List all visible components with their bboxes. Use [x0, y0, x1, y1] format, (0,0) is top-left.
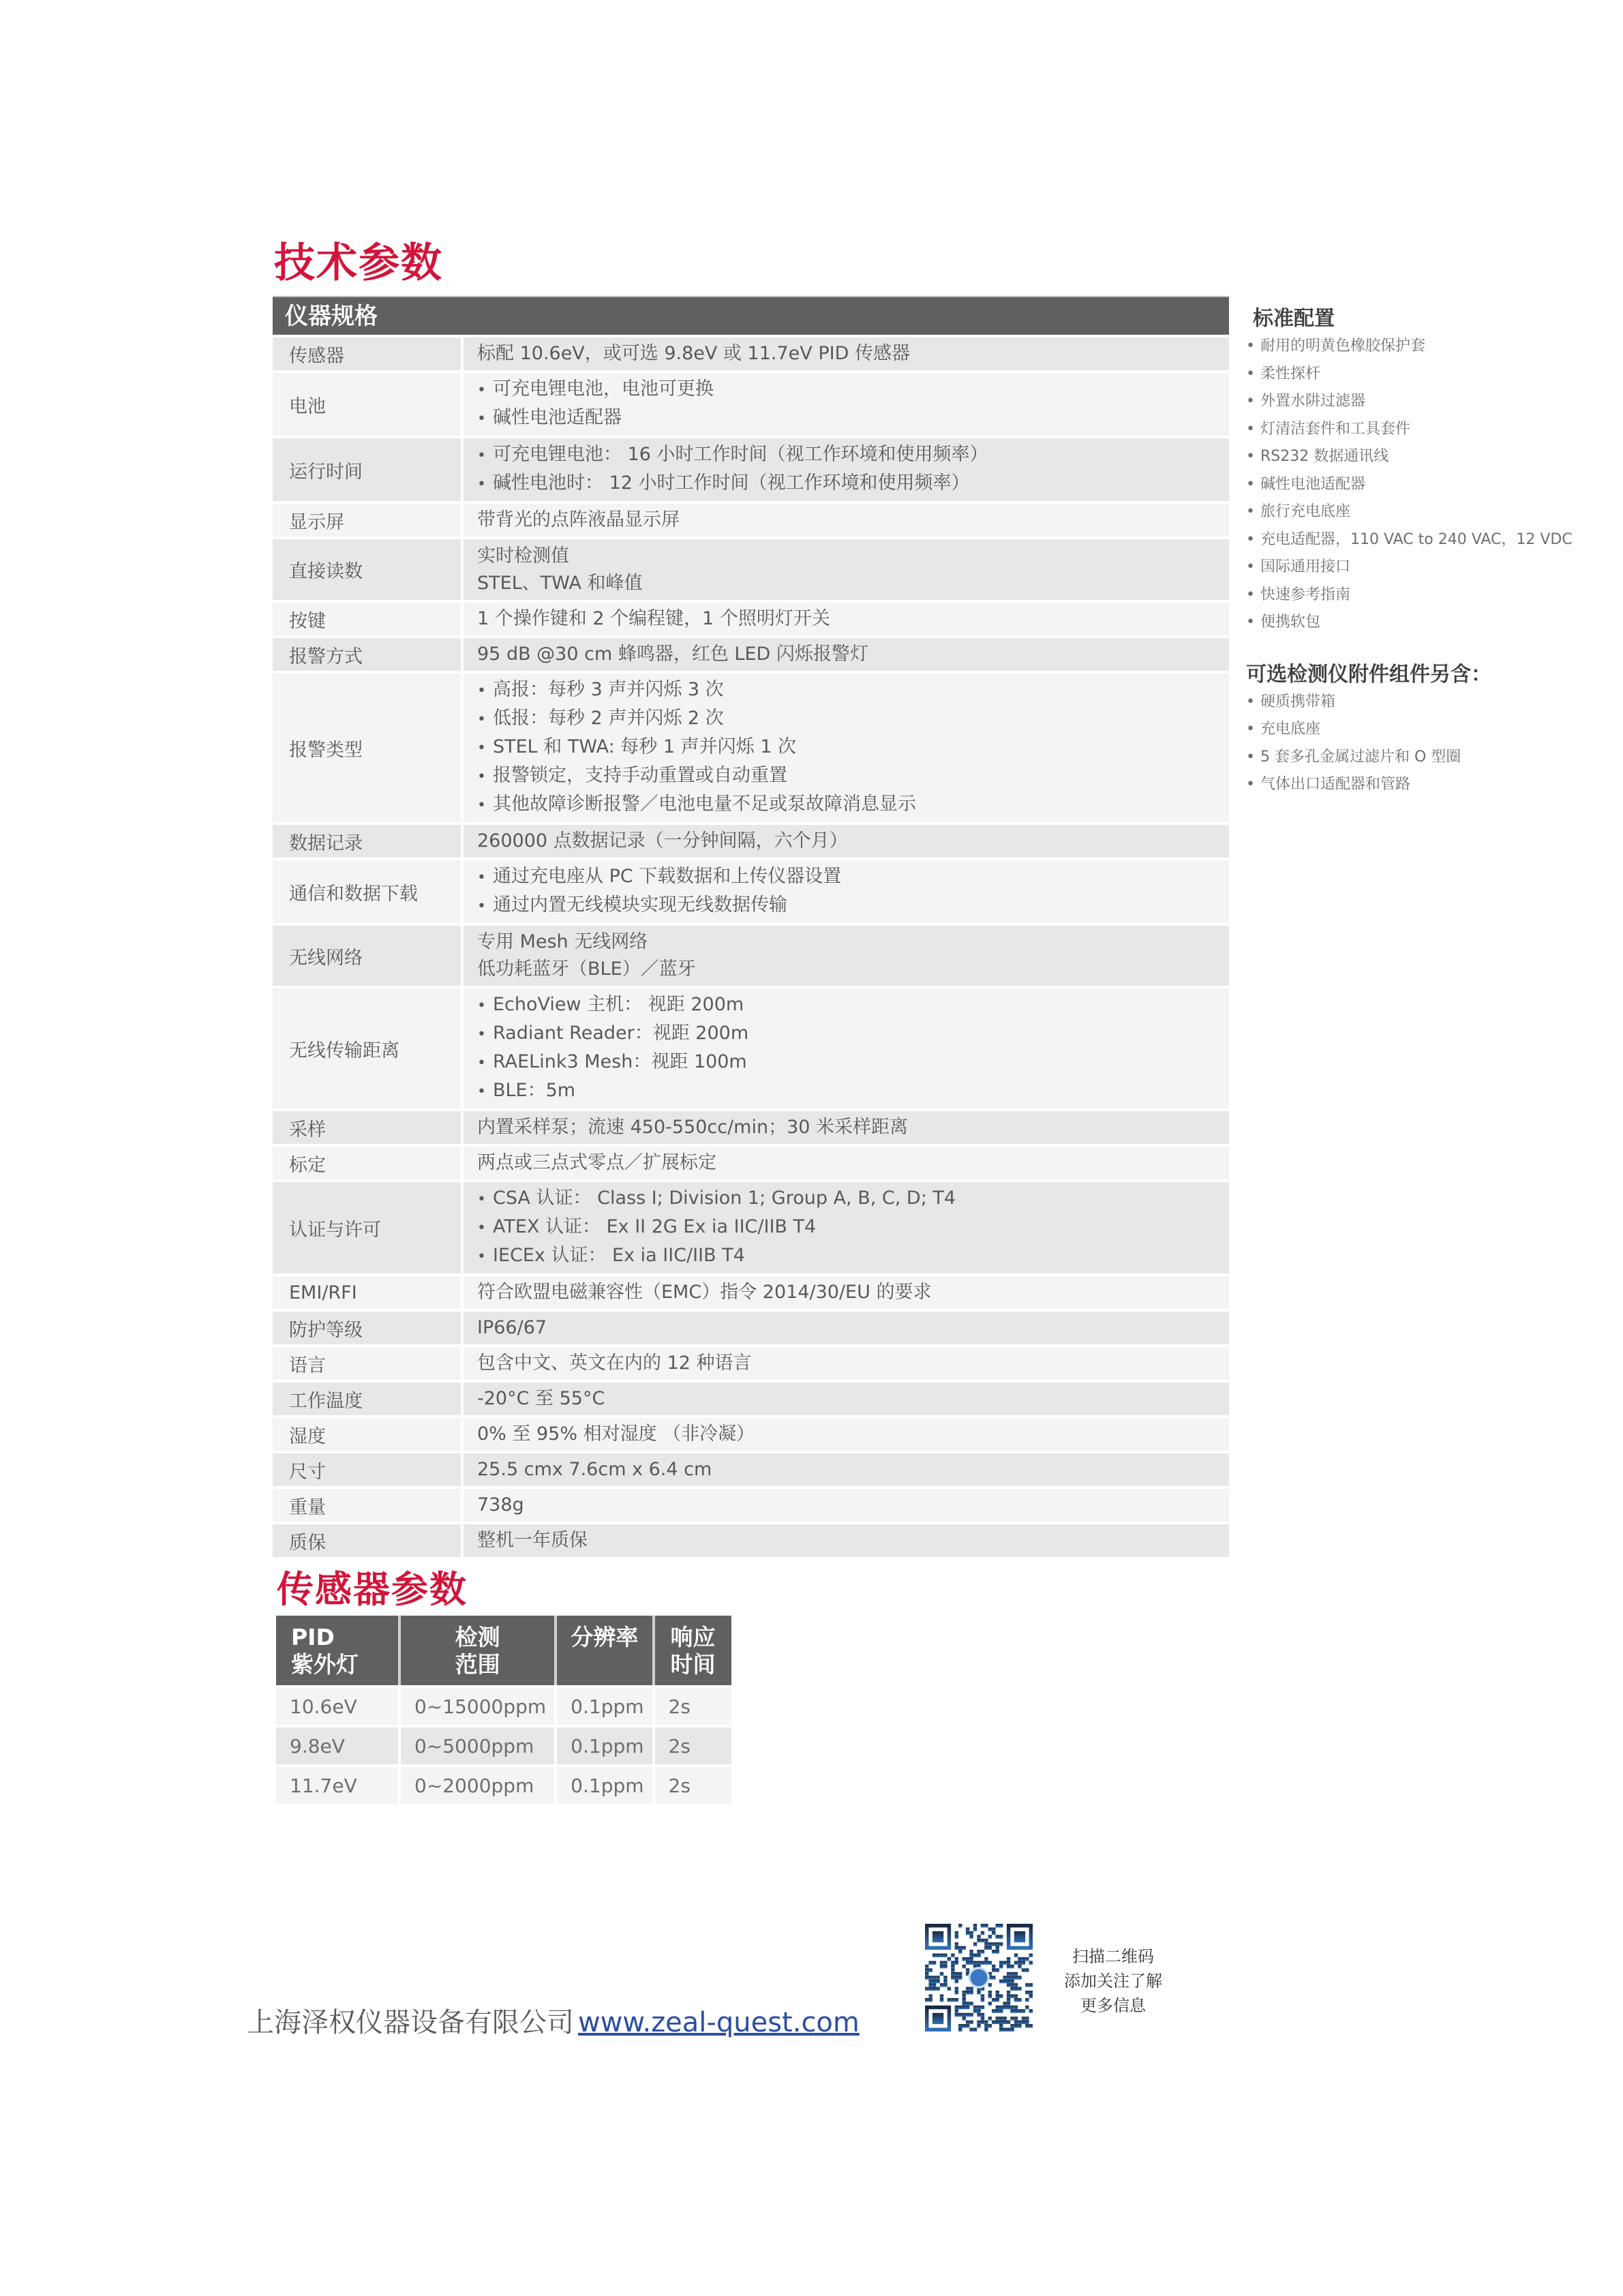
spec-key: 传感器	[273, 337, 461, 370]
spec-bullet-item: 低报：每秒 2 声并闪烁 2 次	[477, 705, 1229, 734]
spec-bullet-item: EchoView 主机： 视距 200m	[477, 991, 1229, 1020]
list-item: 外置水阱过滤器	[1246, 388, 1614, 416]
spec-value: 可充电锂电池： 16 小时工作时间（视工作环境和使用频率）碱性电池时： 12 小…	[464, 438, 1229, 501]
sensor-cell: 0.1ppm	[557, 1764, 654, 1804]
spec-value: 专用 Mesh 无线网络低功耗蓝牙（BLE）／蓝牙	[464, 926, 1229, 986]
spec-key: 防护等级	[273, 1312, 461, 1344]
sensor-cell: 9.8eV	[276, 1725, 401, 1764]
list-item: 旅行充电底座	[1246, 498, 1614, 526]
list-item: 充电底座	[1246, 716, 1614, 744]
spec-bullet-item: RAELink3 Mesh：视距 100m	[477, 1048, 1229, 1077]
list-item: 柔性探杆	[1246, 361, 1614, 389]
sensor-table-header-row: PID紫外灯检测范围分辨率响应时间	[276, 1616, 731, 1685]
spec-value: 260000 点数据记录（一分钟间隔，六个月）	[464, 825, 1229, 858]
side-panel: 标准配置 耐用的明黄色橡胶保护套柔性探杆外置水阱过滤器灯清洁套件和工具套件RS2…	[1246, 305, 1614, 824]
spec-value-line: 低功耗蓝牙（BLE）／蓝牙	[477, 956, 1229, 983]
spec-value: CSA 认证： Class I; Division 1; Group A, B,…	[464, 1182, 1229, 1273]
header-line: PID	[291, 1624, 391, 1651]
spec-value-line: STEL、TWA 和峰值	[477, 570, 1229, 597]
spec-key: 尺寸	[273, 1453, 461, 1486]
spec-bullet-item: Radiant Reader：视距 200m	[477, 1020, 1229, 1048]
spec-key: 标定	[273, 1147, 461, 1179]
list-item: 硬质携带箱	[1246, 689, 1614, 716]
spec-value-line: 带背光的点阵液晶显示屏	[477, 507, 1229, 534]
header-line: 范围	[408, 1651, 547, 1678]
spec-key: 工作温度	[273, 1383, 461, 1415]
spec-value: -20°C 至 55°C	[464, 1383, 1229, 1415]
spec-row: EMI/RFI符合欧盟电磁兼容性（EMC）指令 2014/30/EU 的要求	[273, 1273, 1229, 1309]
list-item: 充电适配器，110 VAC to 240 VAC，12 VDC	[1246, 526, 1614, 554]
standard-config-list: 耐用的明黄色橡胶保护套柔性探杆外置水阱过滤器灯清洁套件和工具套件RS232 数据…	[1246, 333, 1614, 637]
spec-key: 按键	[273, 603, 461, 635]
spec-value-line: 260000 点数据记录（一分钟间隔，六个月）	[477, 828, 1229, 855]
instrument-spec-table: 仪器规格 传感器标配 10.6eV，或可选 9.8eV 或 11.7eV PID…	[273, 296, 1229, 1557]
optional-accessories-list: 硬质携带箱充电底座5 套多孔金属过滤片和 O 型圈气体出口适配器和管路	[1246, 689, 1614, 799]
sensor-table-body: 10.6eV0~15000ppm0.1ppm2s9.8eV0~5000ppm0.…	[276, 1685, 731, 1804]
spec-row: 防护等级IP66/67	[273, 1309, 1229, 1344]
spec-value: 0% 至 95% 相对湿度 （非冷凝）	[464, 1418, 1229, 1451]
spec-value-line: 专用 Mesh 无线网络	[477, 928, 1229, 956]
page-title: 技术参数	[274, 239, 443, 288]
spec-value: 符合欧盟电磁兼容性（EMC）指令 2014/30/EU 的要求	[464, 1276, 1229, 1309]
spec-row: 按键1 个操作键和 2 个编程键，1 个照明灯开关	[273, 600, 1229, 635]
spec-row: 标定两点或三点式零点／扩展标定	[273, 1144, 1229, 1179]
spec-value: 通过充电座从 PC 下载数据和上传仪器设置通过内置无线模块实现无线数据传输	[464, 860, 1229, 923]
spec-bullet-item: STEL 和 TWA: 每秒 1 声并闪烁 1 次	[477, 734, 1229, 762]
sensor-table: PID紫外灯检测范围分辨率响应时间 10.6eV0~15000ppm0.1ppm…	[276, 1616, 731, 1804]
spec-value: 两点或三点式零点／扩展标定	[464, 1147, 1229, 1179]
sensor-cell: 0~15000ppm	[401, 1685, 557, 1725]
sensor-cell: 2s	[655, 1725, 731, 1764]
sensor-cell: 0~2000ppm	[401, 1764, 557, 1804]
qr-caption: 扫描二维码 添加关注了解 更多信息	[1055, 1944, 1171, 2018]
sensor-cell: 11.7eV	[276, 1764, 401, 1804]
qr-caption-line: 添加关注了解	[1055, 1969, 1171, 1993]
spec-key: 数据记录	[273, 825, 461, 858]
spec-bullet-item: BLE：5m	[477, 1077, 1229, 1106]
spec-key: 报警方式	[273, 638, 461, 671]
spec-value: 带背光的点阵液晶显示屏	[464, 504, 1229, 537]
spec-value-line: 实时检测值	[477, 543, 1229, 570]
spec-key: 认证与许可	[273, 1182, 461, 1273]
spec-bullet-item: 通过充电座从 PC 下载数据和上传仪器设置	[477, 863, 1229, 892]
spec-value: 25.5 cmx 7.6cm x 6.4 cm	[464, 1453, 1229, 1486]
spec-bullet-item: ATEX 认证： Ex II 2G Ex ia IIC/IIB T4	[477, 1213, 1229, 1242]
spec-value-line: 两点或三点式零点／扩展标定	[477, 1149, 1229, 1177]
spec-row: 质保整机一年质保	[273, 1522, 1229, 1557]
spec-value-line: 738g	[477, 1492, 1229, 1519]
list-item: 快速参考指南	[1246, 581, 1614, 609]
spec-value: 标配 10.6eV，或可选 9.8eV 或 11.7eV PID 传感器	[464, 337, 1229, 370]
spec-row: 报警类型高报：每秒 3 声并闪烁 3 次低报：每秒 2 声并闪烁 2 次STEL…	[273, 671, 1229, 822]
spec-value-line: 95 dB @30 cm 蜂鸣器，红色 LED 闪烁报警灯	[477, 641, 1229, 668]
sensor-section-title: 传感器参数	[277, 1568, 468, 1612]
spec-bullet-item: 碱性电池时： 12 小时工作时间（视工作环境和使用频率）	[477, 470, 1229, 498]
spec-value-line: 包含中文、英文在内的 12 种语言	[477, 1350, 1229, 1377]
spec-value: 包含中文、英文在内的 12 种语言	[464, 1347, 1229, 1380]
spec-value-line: -20°C 至 55°C	[477, 1385, 1229, 1413]
spec-value: IP66/67	[464, 1312, 1229, 1344]
spec-row: 无线网络专用 Mesh 无线网络低功耗蓝牙（BLE）／蓝牙	[273, 923, 1229, 986]
qr-caption-line: 更多信息	[1055, 1993, 1171, 2018]
spec-key: 采样	[273, 1111, 461, 1144]
sensor-row: 10.6eV0~15000ppm0.1ppm2s	[276, 1685, 731, 1725]
list-item: 碱性电池适配器	[1246, 471, 1614, 499]
sensor-column-header: 检测范围	[401, 1616, 557, 1685]
qr-caption-line: 扫描二维码	[1055, 1944, 1171, 1969]
spec-key: 无线网络	[273, 926, 461, 986]
spec-value: 95 dB @30 cm 蜂鸣器，红色 LED 闪烁报警灯	[464, 638, 1229, 671]
spec-row: 重量738g	[273, 1486, 1229, 1522]
spec-value-line: 1 个操作键和 2 个编程键，1 个照明灯开关	[477, 605, 1229, 633]
website-link[interactable]: www.zeal-quest.com	[578, 2007, 860, 2038]
spec-bullet-item: 高报：每秒 3 声并闪烁 3 次	[477, 676, 1229, 705]
list-item: 国际通用接口	[1246, 554, 1614, 581]
spec-value-line: 25.5 cmx 7.6cm x 6.4 cm	[477, 1456, 1229, 1483]
header-line: 检测	[408, 1624, 547, 1651]
header-line: 紫外灯	[291, 1651, 391, 1678]
spec-value-line: 内置采样泵；流速 450-550cc/min；30 米采样距离	[477, 1114, 1229, 1141]
spec-value: 整机一年质保	[464, 1524, 1229, 1557]
spec-value: EchoView 主机： 视距 200mRadiant Reader：视距 20…	[464, 988, 1229, 1108]
spec-row: 传感器标配 10.6eV，或可选 9.8eV 或 11.7eV PID 传感器	[273, 335, 1229, 370]
sensor-row: 11.7eV0~2000ppm0.1ppm2s	[276, 1764, 731, 1804]
sensor-cell: 10.6eV	[276, 1685, 401, 1725]
sensor-cell: 2s	[655, 1685, 731, 1725]
spec-key: 电池	[273, 373, 461, 436]
list-item: RS232 数据通讯线	[1246, 443, 1614, 471]
sensor-column-header: 分辨率	[557, 1616, 654, 1685]
spec-row: 电池可充电锂电池，电池可更换碱性电池适配器	[273, 370, 1229, 436]
spec-row: 无线传输距离EchoView 主机： 视距 200mRadiant Reader…	[273, 986, 1229, 1108]
spec-row: 湿度0% 至 95% 相对湿度 （非冷凝）	[273, 1415, 1229, 1451]
spec-bullet-item: 其他故障诊断报警／电池电量不足或泵故障消息显示	[477, 791, 1229, 819]
spec-value-line: 整机一年质保	[477, 1527, 1229, 1554]
header-line: 分辨率	[564, 1624, 645, 1651]
spec-bullet-item: 可充电锂电池，电池可更换	[477, 376, 1229, 404]
sensor-column-header: 响应时间	[655, 1616, 731, 1685]
spec-row: 认证与许可CSA 认证： Class I; Division 1; Group …	[273, 1179, 1229, 1273]
sensor-row: 9.8eV0~5000ppm0.1ppm2s	[276, 1725, 731, 1764]
spec-row: 显示屏带背光的点阵液晶显示屏	[273, 501, 1229, 537]
header-line: 响应	[662, 1624, 725, 1651]
spec-value: 内置采样泵；流速 450-550cc/min；30 米采样距离	[464, 1111, 1229, 1144]
company-name: 上海泽权仪器设备有限公司	[247, 2007, 574, 2038]
spec-row: 尺寸25.5 cmx 7.6cm x 6.4 cm	[273, 1451, 1229, 1486]
sensor-cell: 0.1ppm	[557, 1725, 654, 1764]
spec-row: 采样内置采样泵；流速 450-550cc/min；30 米采样距离	[273, 1108, 1229, 1144]
spec-value: 738g	[464, 1489, 1229, 1522]
spec-row: 通信和数据下载通过充电座从 PC 下载数据和上传仪器设置通过内置无线模块实现无线…	[273, 858, 1229, 923]
spec-table-header: 仪器规格	[273, 296, 1229, 335]
list-item: 耐用的明黄色橡胶保护套	[1246, 333, 1614, 361]
spec-key: 语言	[273, 1347, 461, 1380]
list-item: 灯清洁套件和工具套件	[1246, 416, 1614, 444]
spec-bullet-item: 碱性电池适配器	[477, 404, 1229, 433]
spec-key: EMI/RFI	[273, 1276, 461, 1309]
spec-key: 湿度	[273, 1418, 461, 1451]
spec-row: 工作温度-20°C 至 55°C	[273, 1380, 1229, 1415]
list-item: 5 套多孔金属过滤片和 O 型圈	[1246, 744, 1614, 772]
spec-row: 直接读数实时检测值STEL、TWA 和峰值	[273, 537, 1229, 600]
spec-key: 直接读数	[273, 539, 461, 600]
sensor-cell: 2s	[655, 1764, 731, 1804]
spec-key: 报警类型	[273, 674, 461, 822]
optional-accessories-title: 可选检测仪附件组件另含：	[1246, 661, 1614, 689]
spec-value: 可充电锂电池，电池可更换碱性电池适配器	[464, 373, 1229, 436]
spec-value: 高报：每秒 3 声并闪烁 3 次低报：每秒 2 声并闪烁 2 次STEL 和 T…	[464, 674, 1229, 822]
header-line: 时间	[662, 1651, 725, 1678]
spec-row: 语言包含中文、英文在内的 12 种语言	[273, 1344, 1229, 1380]
spec-rows: 传感器标配 10.6eV，或可选 9.8eV 或 11.7eV PID 传感器电…	[273, 335, 1229, 1557]
spec-value: 1 个操作键和 2 个编程键，1 个照明灯开关	[464, 603, 1229, 635]
spec-key: 无线传输距离	[273, 988, 461, 1108]
spec-bullet-item: 可充电锂电池： 16 小时工作时间（视工作环境和使用频率）	[477, 441, 1229, 470]
spec-row: 数据记录260000 点数据记录（一分钟间隔，六个月）	[273, 822, 1229, 858]
list-item: 气体出口适配器和管路	[1246, 771, 1614, 799]
sensor-cell: 0.1ppm	[557, 1685, 654, 1725]
spec-key: 通信和数据下载	[273, 860, 461, 923]
spec-value-line: IP66/67	[477, 1314, 1229, 1342]
spec-bullet-item: CSA 认证： Class I; Division 1; Group A, B,…	[477, 1185, 1229, 1213]
sensor-cell: 0~5000ppm	[401, 1725, 557, 1764]
standard-config-title: 标准配置	[1246, 305, 1614, 333]
spec-bullet-item: 报警锁定，支持手动重置或自动重置	[477, 762, 1229, 791]
spec-value: 实时检测值STEL、TWA 和峰值	[464, 539, 1229, 600]
spec-key: 显示屏	[273, 504, 461, 537]
spec-row: 运行时间可充电锂电池： 16 小时工作时间（视工作环境和使用频率）碱性电池时： …	[273, 436, 1229, 501]
sensor-column-header: PID紫外灯	[276, 1616, 401, 1685]
spec-key: 质保	[273, 1524, 461, 1557]
spec-value-line: 标配 10.6eV，或可选 9.8eV 或 11.7eV PID 传感器	[477, 340, 1229, 367]
footer-company: 上海泽权仪器设备有限公司www.zeal-quest.com	[247, 2006, 860, 2040]
list-item: 便携软包	[1246, 609, 1614, 637]
spec-value-line: 0% 至 95% 相对湿度 （非冷凝）	[477, 1421, 1229, 1448]
spec-bullet-item: 通过内置无线模块实现无线数据传输	[477, 892, 1229, 920]
spec-key: 重量	[273, 1489, 461, 1522]
spec-bullet-item: IECEx 认证： Ex ia IIC/IIB T4	[477, 1242, 1229, 1271]
spec-key: 运行时间	[273, 438, 461, 501]
spec-value-line: 符合欧盟电磁兼容性（EMC）指令 2014/30/EU 的要求	[477, 1279, 1229, 1306]
qr-code-icon	[925, 1924, 1033, 2031]
spec-row: 报警方式95 dB @30 cm 蜂鸣器，红色 LED 闪烁报警灯	[273, 635, 1229, 671]
